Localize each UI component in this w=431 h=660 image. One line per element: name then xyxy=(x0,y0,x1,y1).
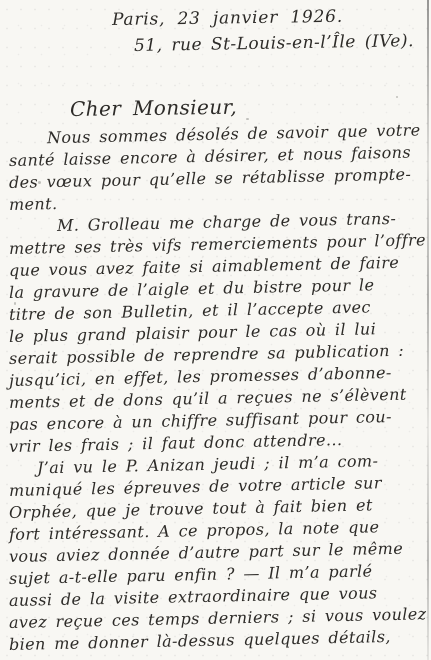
letter-page: Paris, 23 janvier 1926. 51, rue St-Louis… xyxy=(0,0,431,660)
salutation: Cher Monsieur, xyxy=(70,95,237,121)
paragraph-2: M. Grolleau me charge de vous trans- met… xyxy=(9,216,423,458)
paper-speck xyxy=(396,96,398,98)
paragraph-3: J’ai vu le P. Anizan jeudi ; il m’a com-… xyxy=(9,458,423,656)
letter-body: Nous sommes désolés de savoir que votre … xyxy=(9,128,423,656)
paragraph-1: Nous sommes désolés de savoir que votre … xyxy=(9,128,423,216)
address-line: 51, rue St-Louis-en-l’Île (IVe). xyxy=(134,28,414,59)
letter-header: Paris, 23 janvier 1926. 51, rue St-Louis… xyxy=(112,7,414,59)
paper-speck xyxy=(246,118,249,120)
scan-edge-shadow xyxy=(427,0,429,660)
